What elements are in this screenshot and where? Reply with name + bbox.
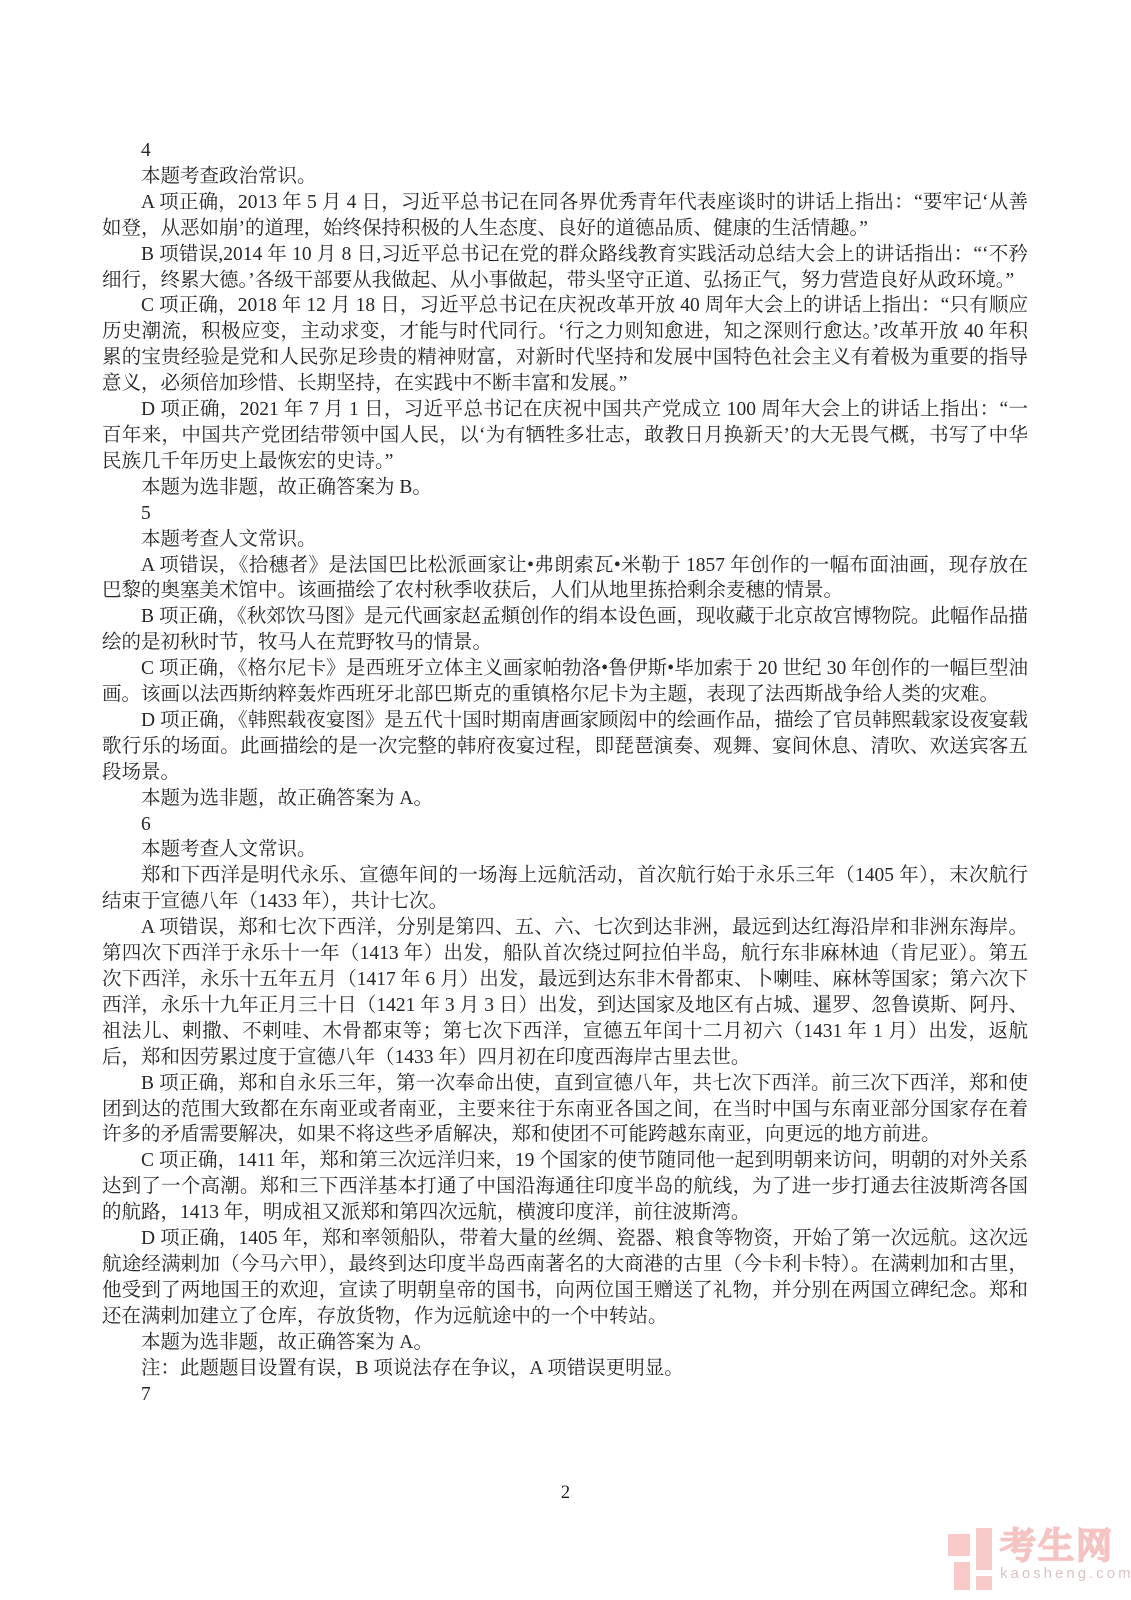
q5-intro: 本题考查人文常识。	[102, 527, 1028, 553]
document-page: 4 本题考查政治常识。 A 项正确，2013 年 5 月 4 日，习近平总书记在…	[0, 0, 1131, 1600]
q6-option-d-analysis: D 项正确，1405 年，郑和率领船队，带着大量的丝绸、瓷器、粮食等物资，开始了…	[102, 1226, 1028, 1330]
q4-option-d-analysis: D 项正确，2021 年 7 月 1 日，习近平总书记在庆祝中国共产党成立 10…	[102, 397, 1028, 475]
q6-option-b-analysis: B 项正确，郑和自永乐三年，第一次奉命出使，直到宣德八年，共七次下西洋。前三次下…	[102, 1071, 1028, 1149]
q4-conclusion: 本题为选非题，故正确答案为 B。	[102, 475, 1028, 501]
q4-option-c-analysis: C 项正确，2018 年 12 月 18 日，习近平总书记在庆祝改革开放 40 …	[102, 293, 1028, 397]
watermark: 考生网 kaosheng.com	[946, 1528, 1131, 1590]
q5-option-a-analysis: A 项错误，《拾穗者》是法国巴比松派画家让•弗朗索瓦•米勒于 1857 年创作的…	[102, 553, 1028, 605]
q5-option-c-analysis: C 项正确，《格尔尼卡》是西班牙立体主义画家帕勃洛•鲁伊斯•毕加索于 20 世纪…	[102, 656, 1028, 708]
q6-conclusion: 本题为选非题，故正确答案为 A。	[102, 1330, 1028, 1356]
q6-note: 注：此题题目设置有误，B 项说法存在争议，A 项错误更明显。	[102, 1356, 1028, 1382]
question-6-number: 6	[102, 812, 1028, 838]
q4-option-a-analysis: A 项正确，2013 年 5 月 4 日，习近平总书记在同各界优秀青年代表座谈时…	[102, 190, 1028, 242]
page-number: 2	[0, 1483, 1131, 1504]
q5-option-d-analysis: D 项正确，《韩熙载夜宴图》是五代十国时期南唐画家顾闳中的绘画作品，描绘了官员韩…	[102, 708, 1028, 786]
q5-conclusion: 本题为选非题，故正确答案为 A。	[102, 786, 1028, 812]
question-4-number: 4	[102, 138, 1028, 164]
q5-option-b-analysis: B 项正确，《秋郊饮马图》是元代画家赵孟頫创作的绢本设色画，现收藏于北京故宫博物…	[102, 604, 1028, 656]
question-5-number: 5	[102, 501, 1028, 527]
q6-option-c-analysis: C 项正确，1411 年，郑和第三次远洋归来，19 个国家的使节随同他一起到明朝…	[102, 1148, 1028, 1226]
q6-background: 郑和下西洋是明代永乐、宣德年间的一场海上远航活动，首次航行始于永乐三年（1405…	[102, 863, 1028, 915]
q6-intro: 本题考查人文常识。	[102, 837, 1028, 863]
q4-option-b-analysis: B 项错误,2014 年 10 月 8 日,习近平总书记在党的群众路线教育实践活…	[102, 242, 1028, 294]
watermark-text: 考生网 kaosheng.com	[1000, 1528, 1131, 1581]
q6-option-a-analysis: A 项错误，郑和七次下西洋，分别是第四、五、六、七次到达非洲，最远到达红海沿岸和…	[102, 915, 1028, 1070]
document-content: 4 本题考查政治常识。 A 项正确，2013 年 5 月 4 日，习近平总书记在…	[102, 138, 1028, 1407]
kaosheng-logo-icon	[946, 1528, 994, 1590]
q4-intro: 本题考查政治常识。	[102, 164, 1028, 190]
watermark-site-url: kaosheng.com	[1000, 1566, 1131, 1581]
question-7-number: 7	[102, 1382, 1028, 1408]
watermark-site-name: 考生网	[1000, 1528, 1131, 1564]
